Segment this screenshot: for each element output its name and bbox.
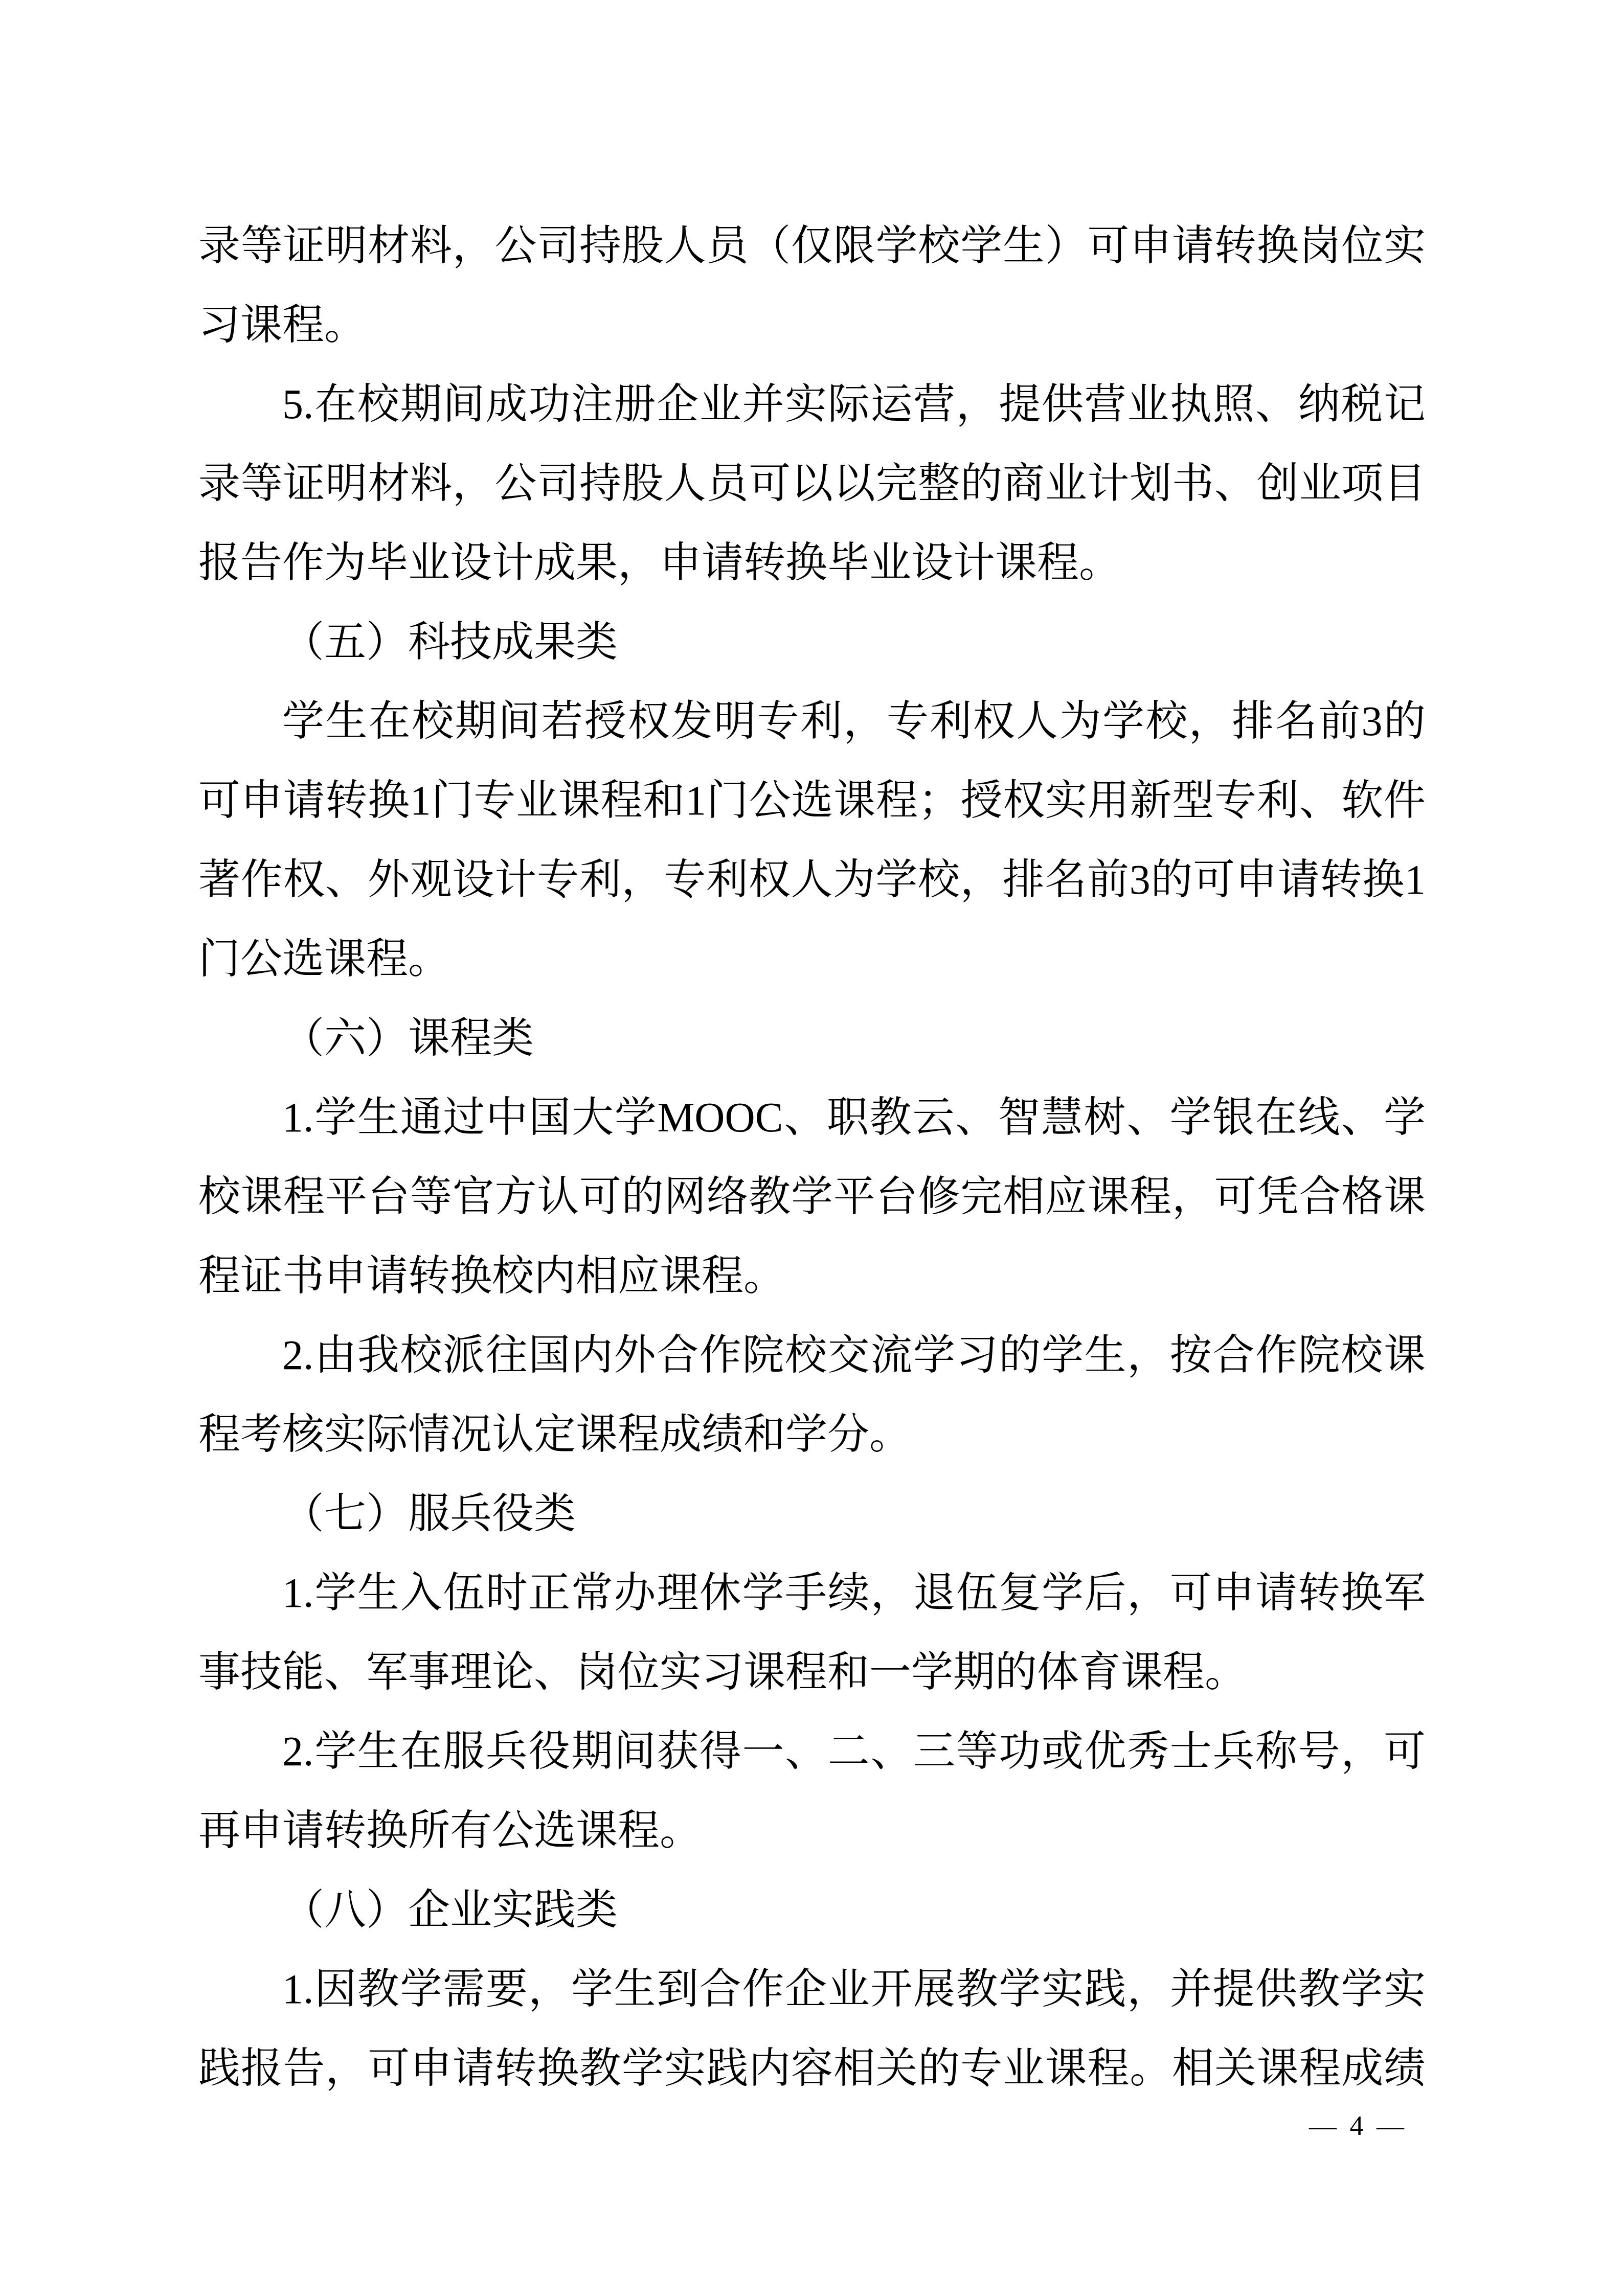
text-line: 可申请转换1门专业课程和1门公选课程；授权实用新型专利、软件 bbox=[198, 761, 1426, 840]
text-line: 报告作为毕业设计成果，申请转换毕业设计课程。 bbox=[198, 523, 1426, 602]
text-line: 程考核实际情况认定课程成绩和学分。 bbox=[198, 1395, 1426, 1474]
text-line: 事技能、军事理论、岗位实习课程和一学期的体育课程。 bbox=[198, 1632, 1426, 1712]
text-line: （八）企业实践类 bbox=[198, 1870, 1426, 1949]
text-line: 1.学生通过中国大学MOOC、职教云、智慧树、学银在线、学 bbox=[198, 1078, 1426, 1157]
page-number: — 4 — bbox=[1309, 2110, 1407, 2141]
text-line: 习课程。 bbox=[198, 285, 1426, 365]
text-line: （七）服兵役类 bbox=[198, 1474, 1426, 1553]
text-line: 再申请转换所有公选课程。 bbox=[198, 1791, 1426, 1870]
text-line: 2.学生在服兵役期间获得一、二、三等功或优秀士兵称号，可 bbox=[198, 1712, 1426, 1791]
text-line: 程证书申请转换校内相应课程。 bbox=[198, 1236, 1426, 1315]
text-line: 5.在校期间成功注册企业并实际运营，提供营业执照、纳税记 bbox=[198, 365, 1426, 444]
text-line: （六）课程类 bbox=[198, 998, 1426, 1078]
text-line: 践报告，可申请转换教学实践内容相关的专业课程。相关课程成绩 bbox=[198, 2029, 1426, 2108]
text-line: 学生在校期间若授权发明专利，专利权人为学校，排名前3的 bbox=[198, 681, 1426, 761]
text-line: 录等证明材料，公司持股人员（仅限学校学生）可申请转换岗位实 bbox=[198, 206, 1426, 285]
document-body: 录等证明材料，公司持股人员（仅限学校学生）可申请转换岗位实习课程。5.在校期间成… bbox=[198, 206, 1426, 2108]
text-line: 1.因教学需要，学生到合作企业开展教学实践，并提供教学实 bbox=[198, 1949, 1426, 2029]
text-line: 校课程平台等官方认可的网络教学平台修完相应课程，可凭合格课 bbox=[198, 1157, 1426, 1236]
text-line: 2.由我校派往国内外合作院校交流学习的学生，按合作院校课 bbox=[198, 1315, 1426, 1395]
text-line: （五）科技成果类 bbox=[198, 602, 1426, 681]
text-line: 1.学生入伍时正常办理休学手续，退伍复学后，可申请转换军 bbox=[198, 1553, 1426, 1632]
text-line: 录等证明材料，公司持股人员可以以完整的商业计划书、创业项目 bbox=[198, 444, 1426, 523]
text-line: 门公选课程。 bbox=[198, 919, 1426, 998]
text-line: 著作权、外观设计专利，专利权人为学校，排名前3的可申请转换1 bbox=[198, 840, 1426, 919]
document-page: 录等证明材料，公司持股人员（仅限学校学生）可申请转换岗位实习课程。5.在校期间成… bbox=[0, 0, 1624, 2296]
